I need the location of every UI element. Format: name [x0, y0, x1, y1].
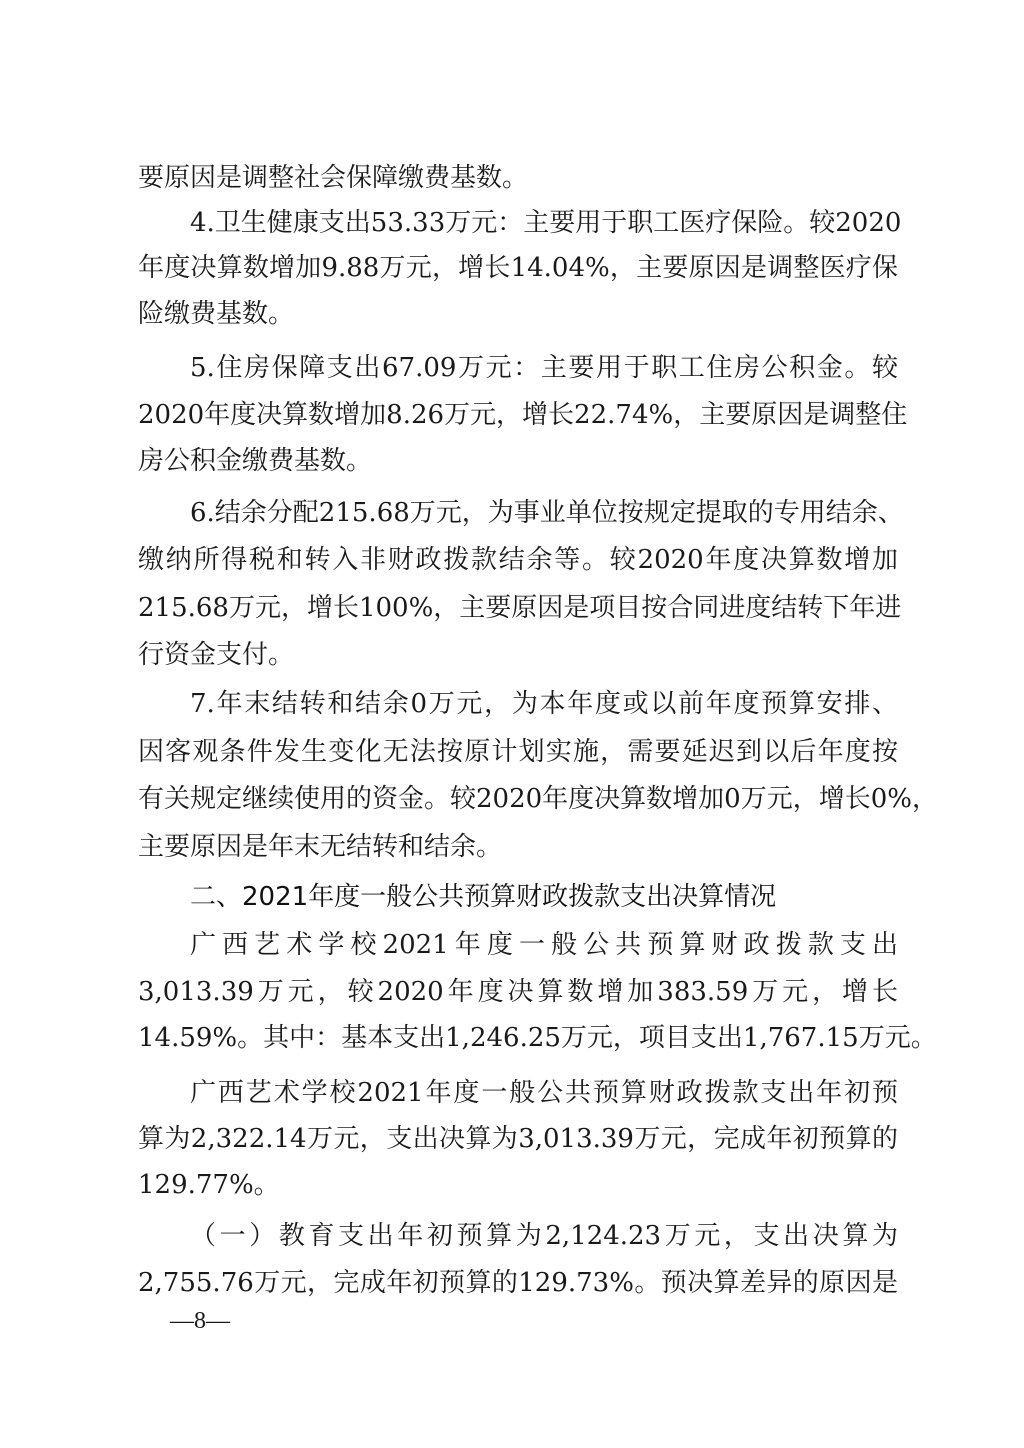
paragraph-line: 广西艺术学校2021年度一般公共预算财政拨款支出 [190, 927, 898, 963]
paragraph-line: 2,755.76万元，完成年初预算的129.73%。预决算差异的原因是 [138, 1265, 898, 1301]
paragraph-line: 14.59%。其中：基本支出1,246.25万元，项目支出1,767.15万元。 [138, 1020, 898, 1056]
paragraph-line: 主要原因是年末无结转和结余。 [138, 829, 898, 865]
paragraph-line: 2020年度决算数增加8.26万元，增长22.74%，主要原因是调整住 [138, 397, 898, 433]
paragraph-line: 有关规定继续使用的资金。较2020年度决算数增加0万元，增长0%， [138, 781, 898, 817]
paragraph-line: （一）教育支出年初预算为2,124.23万元，支出决算为 [190, 1218, 898, 1254]
paragraph-line: 房公积金缴费基数。 [138, 443, 898, 479]
paragraph-line: 5.住房保障支出67.09万元：主要用于职工住房公积金。较 [190, 350, 898, 386]
paragraph-line: 6.结余分配215.68万元，为事业单位按规定提取的专用结余、 [190, 495, 898, 531]
page-number: —8— [170, 1308, 230, 1335]
paragraph-line: 算为2,322.14万元，支出决算为3,013.39万元，完成年初预算的 [138, 1121, 898, 1157]
paragraph-line: 广西艺术学校2021年度一般公共预算财政拨款支出年初预 [190, 1075, 898, 1111]
paragraph-line: 129.77%。 [138, 1167, 898, 1203]
paragraph-line: 7.年末结转和结余0万元，为本年度或以前年度预算安排、 [190, 686, 898, 722]
paragraph-line: 行资金支付。 [138, 637, 898, 673]
paragraph-line: 215.68万元，增长100%，主要原因是项目按合同进度结转下年进 [138, 590, 898, 626]
document-page: 要原因是调整社会保障缴费基数。 4.卫生健康支出53.33万元：主要用于职工医疗… [0, 0, 1024, 1448]
paragraph-line: 要原因是调整社会保障缴费基数。 [138, 160, 898, 196]
paragraph-line: 3,013.39万元，较2020年度决算数增加383.59万元，增长 [138, 974, 898, 1010]
paragraph-line: 年度决算数增加9.88万元，增长14.04%，主要原因是调整医疗保 [138, 250, 898, 286]
section-heading: 二、2021年度一般公共预算财政拨款支出决算情况 [190, 879, 776, 915]
paragraph-line: 4.卫生健康支出53.33万元：主要用于职工医疗保险。较2020 [190, 205, 898, 241]
paragraph-line: 缴纳所得税和转入非财政拨款结余等。较2020年度决算数增加 [138, 542, 898, 578]
paragraph-line: 因客观条件发生变化无法按原计划实施，需要延迟到以后年度按 [138, 734, 898, 770]
paragraph-line: 险缴费基数。 [138, 296, 898, 332]
